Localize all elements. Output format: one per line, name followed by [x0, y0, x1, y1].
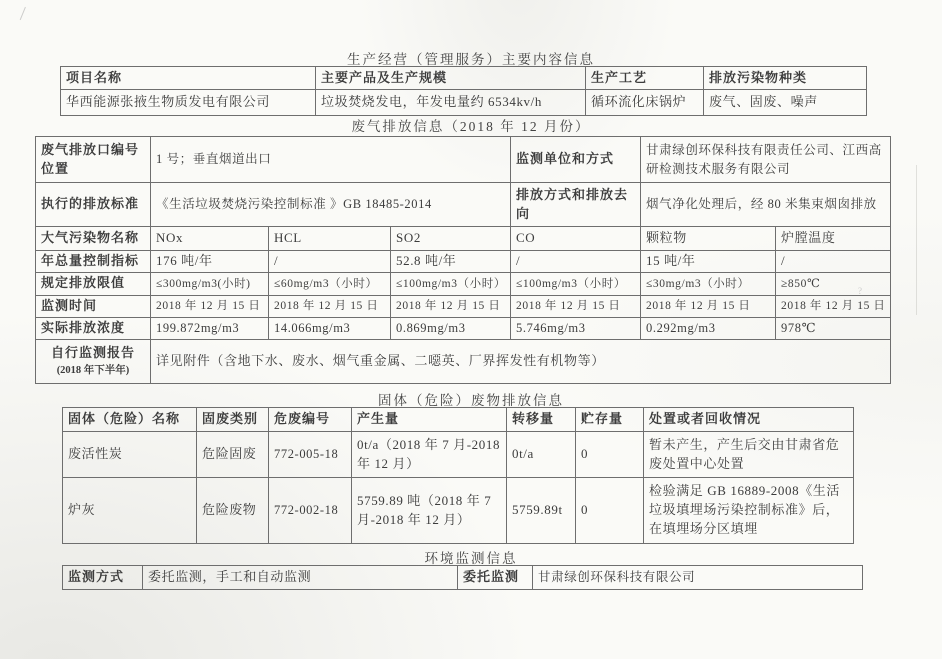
quota-cell: 52.8 吨/年: [391, 251, 511, 273]
limit-cell: ≤100mg/m3（小时）: [391, 272, 511, 295]
column-header-disposal: 处置或者回收情况: [644, 408, 854, 432]
limit-label: 规定排放限值: [36, 272, 151, 295]
discharge-value: 烟气净化处理后，经 80 米集束烟囱排放: [641, 183, 891, 227]
self-report-label: 自行监测报告: [41, 344, 145, 363]
pollutant-cell: HCL: [269, 227, 391, 251]
column-header-project-name: 项目名称: [61, 67, 316, 90]
monitoring-method-label: 监测方式: [63, 566, 143, 590]
transferred-cell: 5759.89t: [507, 478, 576, 544]
limit-cell: ≥850℃: [776, 272, 891, 295]
quota-cell: /: [776, 251, 891, 273]
monitoring-method-value: 委托监测，手工和自动监测: [143, 566, 458, 590]
pollutant-cell: SO2: [391, 227, 511, 251]
table-row: 规定排放限值 ≤300mg/m3(小时) ≤60mg/m3（小时） ≤100mg…: [36, 272, 891, 295]
waste-name-cell: 废活性炭: [63, 432, 197, 478]
env-monitoring-table: 监测方式 委托监测，手工和自动监测 委托监测 甘肃绿创环保科技有限公司: [62, 565, 863, 590]
pollutant-types-cell: 废气、固废、噪声: [704, 90, 867, 116]
pollutant-cell: 炉膛温度: [776, 227, 891, 251]
table-row: 实际排放浓度 199.872mg/m3 14.066mg/m3 0.869mg/…: [36, 317, 891, 339]
table-row: 执行的排放标准 《生活垃圾焚烧污染控制标准 》GB 18485-2014 排放方…: [36, 183, 891, 227]
outlet-label: 废气排放口编号位置: [36, 137, 151, 183]
quota-cell: /: [269, 251, 391, 273]
date-cell: 2018 年 12 月 15 日: [776, 295, 891, 317]
concentration-cell: 14.066mg/m3: [269, 317, 391, 339]
date-cell: 2018 年 12 月 15 日: [391, 295, 511, 317]
quota-cell: /: [511, 251, 641, 273]
table-row: 废气排放口编号位置 1 号；垂直烟道出口 监测单位和方式 甘肃绿创环保科技有限责…: [36, 137, 891, 183]
concentration-cell: 0.869mg/m3: [391, 317, 511, 339]
table-row: 监测方式 委托监测，手工和自动监测 委托监测 甘肃绿创环保科技有限公司: [63, 566, 863, 590]
table-header-row: 固体（危险）名称 固废类别 危废编号 产生量 转移量 贮存量 处置或者回收情况: [63, 408, 854, 432]
quota-cell: 176 吨/年: [151, 251, 269, 273]
date-cell: 2018 年 12 月 15 日: [511, 295, 641, 317]
table-row: 监测时间 2018 年 12 月 15 日 2018 年 12 月 15 日 2…: [36, 295, 891, 317]
date-cell: 2018 年 12 月 15 日: [269, 295, 391, 317]
table-row: 华西能源张掖生物质发电有限公司 垃圾焚烧发电，年发电量约 6534kv/h 循环…: [61, 90, 867, 116]
section-title-solid-waste: 固体（危险）废物排放信息: [0, 389, 942, 409]
pollutant-cell: 颗粒物: [641, 227, 776, 251]
outlet-value: 1 号；垂直烟道出口: [151, 137, 511, 183]
date-cell: 2018 年 12 月 15 日: [151, 295, 269, 317]
discharge-label: 排放方式和排放去向: [511, 183, 641, 227]
company-name-cell: 华西能源张掖生物质发电有限公司: [61, 90, 316, 116]
waste-gas-table: 废气排放口编号位置 1 号；垂直烟道出口 监测单位和方式 甘肃绿创环保科技有限责…: [35, 136, 891, 384]
column-header-pollutant-types: 排放污染物种类: [704, 67, 867, 90]
standard-value: 《生活垃圾焚烧污染控制标准 》GB 18485-2014: [151, 183, 511, 227]
table-row: 年总量控制指标 176 吨/年 / 52.8 吨/年 / 15 吨/年 /: [36, 251, 891, 273]
solid-waste-table: 固体（危险）名称 固废类别 危废编号 产生量 转移量 贮存量 处置或者回收情况 …: [62, 407, 854, 544]
column-header-waste-code: 危废编号: [269, 408, 352, 432]
self-report-period: (2018 年下半年): [41, 363, 145, 378]
overview-table: 项目名称 主要产品及生产规模 生产工艺 排放污染物种类 华西能源张掖生物质发电有…: [60, 66, 867, 116]
waste-code-cell: 772-002-18: [269, 478, 352, 544]
limit-cell: ≤100mg/m3（小时）: [511, 272, 641, 295]
products-scale-cell: 垃圾焚烧发电，年发电量约 6534kv/h: [316, 90, 586, 116]
section-title-production-info: 生产经营（管理服务）主要内容信息: [0, 48, 942, 68]
column-header-stored: 贮存量: [576, 408, 644, 432]
limit-cell: ≤300mg/m3(小时): [151, 272, 269, 295]
column-header-process: 生产工艺: [586, 67, 704, 90]
standard-label: 执行的排放标准: [36, 183, 151, 227]
generated-cell: 0t/a（2018 年 7 月-2018 年 12 月）: [352, 432, 507, 478]
table-row: 废活性炭 危险固废 772-005-18 0t/a（2018 年 7 月-201…: [63, 432, 854, 478]
self-report-label-cell: 自行监测报告 (2018 年下半年): [36, 339, 151, 383]
stored-cell: 0: [576, 478, 644, 544]
table-row: 炉灰 危险废物 772-002-18 5759.89 吨（2018 年 7 月-…: [63, 478, 854, 544]
column-header-waste-name: 固体（危险）名称: [63, 408, 197, 432]
waste-code-cell: 772-005-18: [269, 432, 352, 478]
column-header-generated: 产生量: [352, 408, 507, 432]
concentration-cell: 5.746mg/m3: [511, 317, 641, 339]
annual-quota-label: 年总量控制指标: [36, 251, 151, 273]
waste-category-cell: 危险废物: [197, 478, 269, 544]
table-header-row: 项目名称 主要产品及生产规模 生产工艺 排放污染物种类: [61, 67, 867, 90]
monitor-unit-value: 甘肃绿创环保科技有限责任公司、江西高研检测技术服务有限公司: [641, 137, 891, 183]
monitor-time-label: 监测时间: [36, 295, 151, 317]
monitor-unit-label: 监测单位和方式: [511, 137, 641, 183]
table-row: 大气污染物名称 NOx HCL SO2 CO 颗粒物 炉膛温度: [36, 227, 891, 251]
actual-concentration-label: 实际排放浓度: [36, 317, 151, 339]
waste-category-cell: 危险固废: [197, 432, 269, 478]
entrusted-monitoring-value: 甘肃绿创环保科技有限公司: [533, 566, 863, 590]
self-report-value: 详见附件（含地下水、废水、烟气重金属、二噁英、厂界挥发性有机物等）: [151, 339, 891, 383]
scan-artifact: [916, 165, 917, 315]
date-cell: 2018 年 12 月 15 日: [641, 295, 776, 317]
column-header-products-scale: 主要产品及生产规模: [316, 67, 586, 90]
concentration-cell: 978℃: [776, 317, 891, 339]
limit-cell: ≤30mg/m3（小时）: [641, 272, 776, 295]
disposal-cell: 检验满足 GB 16889-2008《生活垃圾填埋场污染控制标准》后，在填埋场分…: [644, 478, 854, 544]
section-title-waste-gas: 废气排放信息（2018 年 12 月份）: [0, 115, 942, 135]
generated-cell: 5759.89 吨（2018 年 7 月-2018 年 12 月）: [352, 478, 507, 544]
quota-cell: 15 吨/年: [641, 251, 776, 273]
pollutant-cell: CO: [511, 227, 641, 251]
pollutant-cell: NOx: [151, 227, 269, 251]
concentration-cell: 0.292mg/m3: [641, 317, 776, 339]
pollutant-name-label: 大气污染物名称: [36, 227, 151, 251]
entrusted-monitoring-label: 委托监测: [458, 566, 533, 590]
process-cell: 循环流化床锅炉: [586, 90, 704, 116]
stored-cell: 0: [576, 432, 644, 478]
scan-artifact: [20, 7, 34, 23]
waste-name-cell: 炉灰: [63, 478, 197, 544]
column-header-transferred: 转移量: [507, 408, 576, 432]
limit-cell: ≤60mg/m3（小时）: [269, 272, 391, 295]
column-header-waste-category: 固废类别: [197, 408, 269, 432]
table-row: 自行监测报告 (2018 年下半年) 详见附件（含地下水、废水、烟气重金属、二噁…: [36, 339, 891, 383]
scanned-document-page: ? 生产经营（管理服务）主要内容信息 项目名称 主要产品及生产规模 生产工艺 排…: [0, 0, 942, 659]
transferred-cell: 0t/a: [507, 432, 576, 478]
concentration-cell: 199.872mg/m3: [151, 317, 269, 339]
section-title-env-monitoring: 环境监测信息: [0, 547, 942, 567]
disposal-cell: 暂未产生，产生后交由甘肃省危废处置中心处置: [644, 432, 854, 478]
